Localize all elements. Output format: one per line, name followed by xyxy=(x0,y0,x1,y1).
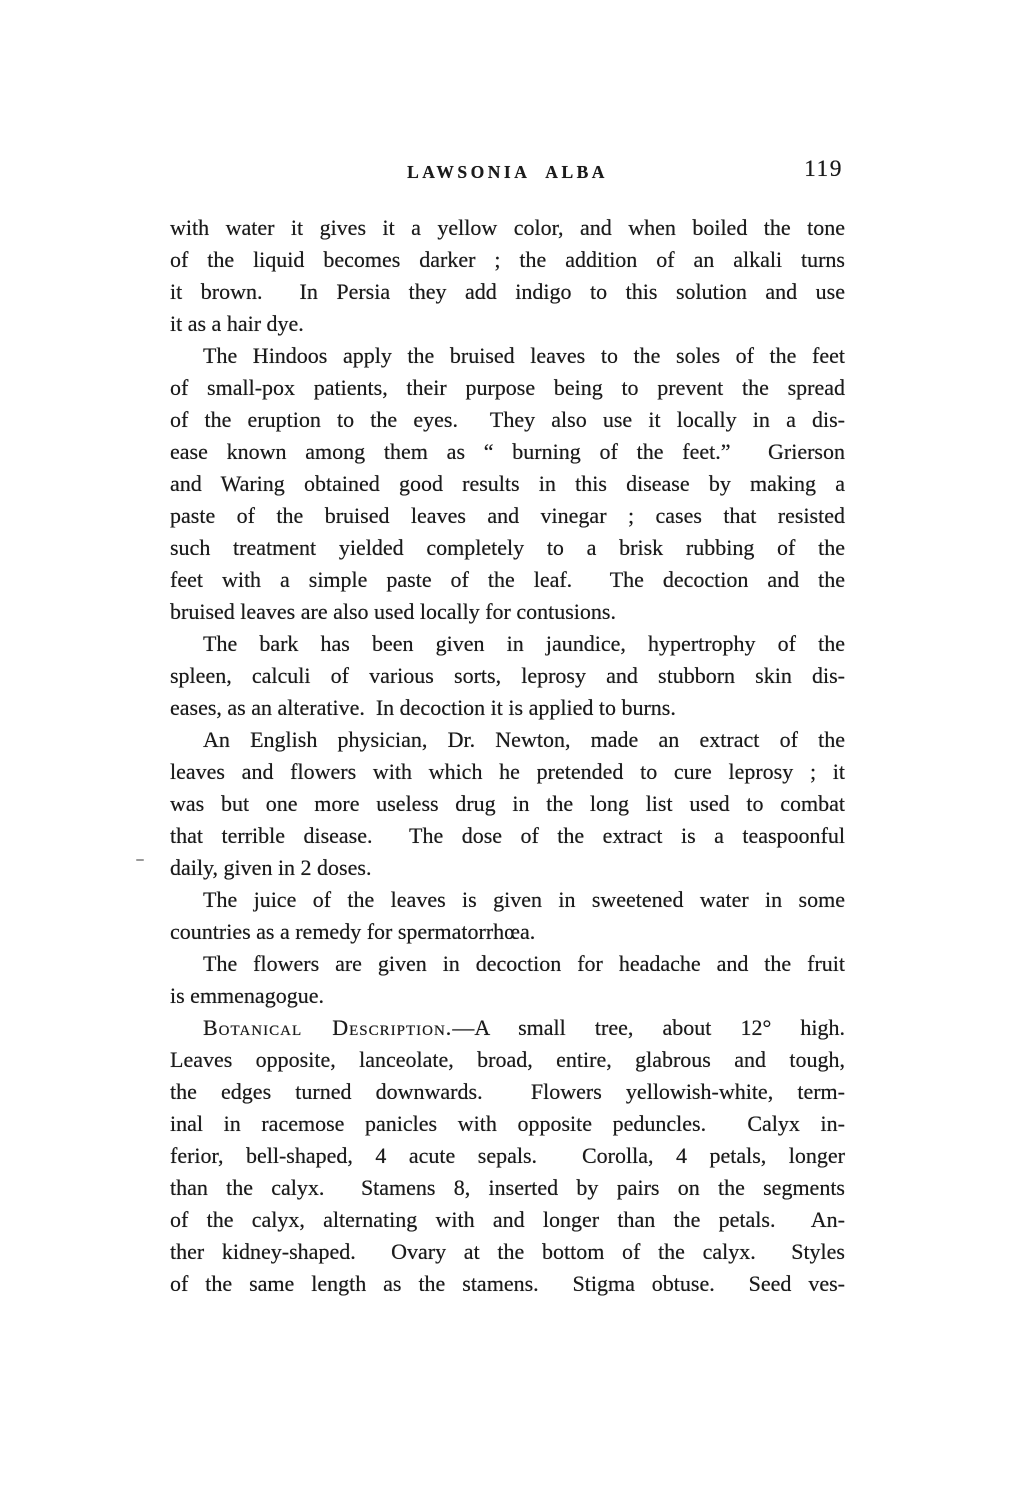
book-page: LAWSONIA ALBA 119 with water it gives it… xyxy=(0,0,1010,1506)
text-line: The juice of the leaves is given in swee… xyxy=(170,884,845,916)
text-line: ther kidney-shaped. Ovary at the bottom … xyxy=(170,1236,845,1268)
text-line: An English physician, Dr. Newton, made a… xyxy=(170,724,845,756)
text-line: of the liquid becomes darker ; the addit… xyxy=(170,244,845,276)
text-line: of the same length as the stamens. Stigm… xyxy=(170,1268,845,1300)
smallcaps-lead: Botanical Description. xyxy=(203,1015,452,1040)
text-line: inal in racemose panicles with opposite … xyxy=(170,1108,845,1140)
text-line: it brown. In Persia they add indigo to t… xyxy=(170,276,845,308)
text-line: ease known among them as “ burning of th… xyxy=(170,436,845,468)
page-body: with water it gives it a yellow color, a… xyxy=(170,212,845,1300)
text-line: leaves and flowers with which he pretend… xyxy=(170,756,845,788)
text-line: The Hindoos apply the bruised leaves to … xyxy=(170,340,845,372)
scan-artifact-dash xyxy=(136,859,144,861)
text-line: that terrible disease. The dose of the e… xyxy=(170,820,845,852)
text-line: paste of the bruised leaves and vinegar … xyxy=(170,500,845,532)
text-line: countries as a remedy for spermatorrhœa. xyxy=(170,916,845,948)
text-line: is emmenagogue. xyxy=(170,980,845,1012)
text-line: such treatment yielded completely to a b… xyxy=(170,532,845,564)
text-line: of the calyx, alternating with and longe… xyxy=(170,1204,845,1236)
text-line: was but one more useless drug in the lon… xyxy=(170,788,845,820)
text-line: of the eruption to the eyes. They also u… xyxy=(170,404,845,436)
text-line: The bark has been given in jaundice, hyp… xyxy=(170,628,845,660)
text-line: than the calyx. Stamens 8, inserted by p… xyxy=(170,1172,845,1204)
text-line: of small-pox patients, their purpose bei… xyxy=(170,372,845,404)
text-line: Leaves opposite, lanceolate, broad, enti… xyxy=(170,1044,845,1076)
text-line: with water it gives it a yellow color, a… xyxy=(170,212,845,244)
text-line: ferior, bell-shaped, 4 acute sepals. Cor… xyxy=(170,1140,845,1172)
page-number: 119 xyxy=(804,156,843,183)
running-head-title: LAWSONIA ALBA xyxy=(170,162,845,183)
text-line: Botanical Description.—A small tree, abo… xyxy=(170,1012,845,1044)
text-line: the edges turned downwards. Flowers yell… xyxy=(170,1076,845,1108)
text-line: eases, as an alterative. In decoction it… xyxy=(170,692,845,724)
text-line: The flowers are given in decoction for h… xyxy=(170,948,845,980)
text-line: bruised leaves are also used locally for… xyxy=(170,596,845,628)
text-line: feet with a simple paste of the leaf. Th… xyxy=(170,564,845,596)
text-line: spleen, calculi of various sorts, lepros… xyxy=(170,660,845,692)
text-line: and Waring obtained good results in this… xyxy=(170,468,845,500)
text-line: it as a hair dye. xyxy=(170,308,845,340)
text-line: daily, given in 2 doses. xyxy=(170,852,845,884)
running-head: LAWSONIA ALBA 119 xyxy=(170,162,845,192)
